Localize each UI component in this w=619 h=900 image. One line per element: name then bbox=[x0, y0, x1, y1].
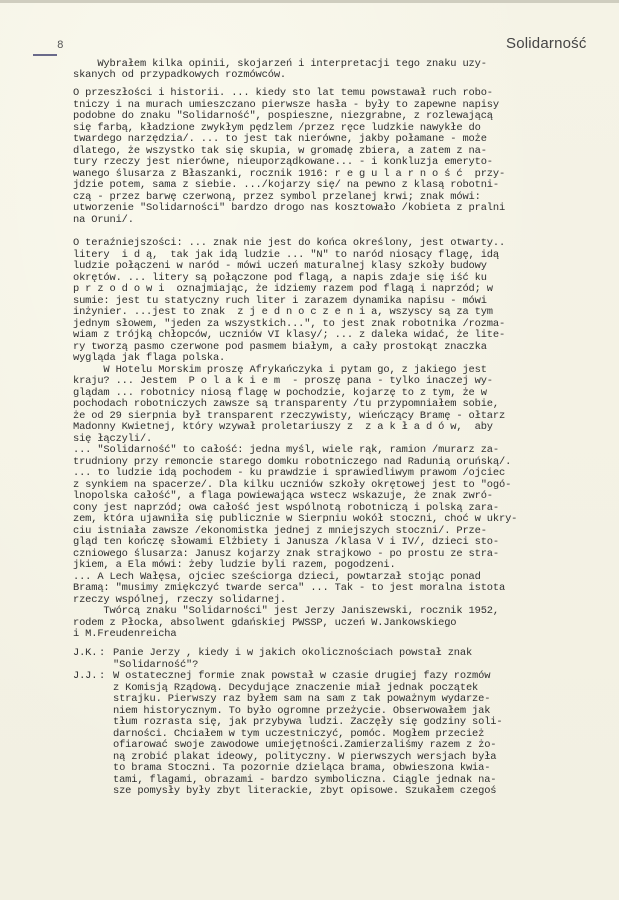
page-top-edge bbox=[0, 0, 619, 3]
section-past-line: utworzenie "Solidarności" bardzo drogo n… bbox=[73, 203, 505, 214]
section-past-line: tury rzeczy jest nierówne, nieuporządkow… bbox=[73, 157, 493, 168]
running-head: Solidarność bbox=[506, 35, 587, 52]
interview-line: sze pomysły były zbyt literackie, zbyt o… bbox=[113, 786, 496, 797]
section-past-line: dlatego, że wszystko tak się skupia, w g… bbox=[73, 146, 487, 157]
intro-line: skanych od przypadkowych rozmówców. bbox=[73, 70, 286, 81]
paragraph-line: i M.Freudenreicha bbox=[73, 629, 176, 640]
interview-line: tłum rozrasta się, jak przybywa ludzi. Z… bbox=[113, 717, 502, 728]
interview-line: "Solidarność"? bbox=[113, 660, 198, 671]
section-past-line: O przeszłości i historii. ... kiedy sto … bbox=[73, 88, 493, 99]
page-number-rule bbox=[33, 54, 57, 56]
paragraph-line: z synkiem na spacerze/. Dla kilku ucznió… bbox=[73, 480, 511, 491]
section-present-line: litery i d ą, tak jak idą ludzie ... "N"… bbox=[73, 250, 499, 261]
section-present-line: wiam z trójką chłopców, uczniów VI klasy… bbox=[73, 330, 505, 341]
paragraph-line: cony jest naprzód; owa całość jest wspól… bbox=[73, 503, 499, 514]
section-present-line: sumie: jest tu statyczny ruch liter i za… bbox=[73, 296, 487, 307]
section-present-line: inżynier. ...jest to znak z j e d n o c … bbox=[73, 307, 493, 318]
interview-line: tami, flagami, obrazami - bardzo symboli… bbox=[113, 775, 496, 786]
section-past-line: twardego narzędzia/. ... to jest tak nie… bbox=[73, 134, 487, 145]
section-present-line: jednym słowem, "jeden za wszystkich...",… bbox=[73, 319, 505, 330]
section-present-line: ludzie połączeni w naród - mówi uczeń ma… bbox=[73, 261, 487, 272]
interview-speaker: J.K. bbox=[73, 648, 97, 659]
paragraph-line: pochodach robotniczych zawsze są transpa… bbox=[73, 399, 499, 410]
paragraph-line: zem, która ujawniła się publicznie w Sie… bbox=[73, 514, 517, 525]
section-past-line: podobne do znaku "Solidarność", pospiesz… bbox=[73, 111, 493, 122]
section-past-line: wanego ślusarza z Błaszanki, rocznik 191… bbox=[73, 169, 505, 180]
interview-line: z Komisją Rządową. Decydujące znaczenie … bbox=[113, 683, 478, 694]
interview-line: Panie Jerzy , kiedy i w jakich okoliczno… bbox=[113, 648, 472, 659]
paragraph-line: kraju? ... Jestem P o l a k i e m - pros… bbox=[73, 376, 493, 387]
interview-line: niem historycznym. To było ogromne przeż… bbox=[113, 706, 490, 717]
section-past-line: tniczy i na murach umieszczano pierwsze … bbox=[73, 100, 499, 111]
paragraph-line: Bramą: "musimy zmiękczyć twarde serca" .… bbox=[73, 583, 505, 594]
interview-line: W ostatecznej formie znak powstał w czas… bbox=[113, 671, 490, 682]
interview-line: ną zrobić plakat ideowy, polityczny. W p… bbox=[113, 752, 496, 763]
section-past-line: się farbą, kładzione zwykłym pędzlem /pr… bbox=[73, 123, 481, 134]
section-present-line: wygląda jak flaga polska. bbox=[73, 353, 225, 364]
section-past-line: czą - przez barwę czerwoną, przez symbol… bbox=[73, 192, 481, 203]
paragraph-line: ... "Solidarność" to całość: jedna myśl,… bbox=[73, 445, 499, 456]
paragraph-line: glądam ... robotnicy niosą flagę w pocho… bbox=[73, 388, 487, 399]
interview-line: ofiarować swoje zawodowe umiejętności.Za… bbox=[113, 740, 496, 751]
paragraph-line: trudniony przy remoncie starego domku ro… bbox=[73, 457, 511, 468]
paragraph-line: W Hotelu Morskim proszę Afrykańczyka i p… bbox=[73, 365, 487, 376]
section-present-line: okrętów. ... litery są połączone pod fla… bbox=[73, 273, 487, 284]
paragraph-line: czniowego ślusarza: Janusz kojarzy znak … bbox=[73, 549, 499, 560]
page-number: 8 bbox=[57, 40, 65, 52]
interview-line: to brama Stoczni. Ta pozornie dzieląca b… bbox=[113, 763, 490, 774]
interview-separator: : bbox=[99, 671, 105, 682]
paragraph-line: jkiem, a Ela mówi: żeby ludzie byli raze… bbox=[73, 560, 396, 571]
paragraph-line: rzeczy wspólnej, rzeczy solidarnej. bbox=[73, 595, 286, 606]
section-past-line: jdzie potem, sama z siebie. .../kojarzy … bbox=[73, 180, 499, 191]
paragraph-line: się łączyli/. bbox=[73, 434, 152, 445]
paragraph-line: ... A Lech Wałęsa, ojciec sześciorga dzi… bbox=[73, 572, 481, 583]
document-page: 8 Solidarność Wybrałem kilka opinii, sko… bbox=[0, 0, 619, 900]
section-present-line: O teraźniejszości: ... znak nie jest do … bbox=[73, 238, 505, 249]
interview-speaker: J.J. bbox=[73, 671, 97, 682]
interview-line: strajku. Pierwszy raz byłem sam na sam z… bbox=[113, 694, 490, 705]
paragraph-line: rodem z Płocka, absolwent gdańskiej PWSS… bbox=[73, 618, 456, 629]
paragraph-line: że od 29 sierpnia był transparent rzeczy… bbox=[73, 411, 505, 422]
interview-line: darności. Chciałem w tym uczestniczyć, p… bbox=[113, 729, 484, 740]
paragraph-line: gląd ten kończę słowami Elżbiety i Janus… bbox=[73, 537, 499, 548]
paragraph-line: ciu istniała zawsze /ekonomistka jednej … bbox=[73, 526, 487, 537]
paragraph-line: Twórcą znaku "Solidarności" jest Jerzy J… bbox=[73, 606, 499, 617]
paragraph-line: lnopolska całość", a flaga powiewająca w… bbox=[73, 491, 493, 502]
section-past-line: na Oruni/. bbox=[73, 215, 134, 226]
section-present-line: ry tworzą pasmo czerwone pod pasmem biał… bbox=[73, 342, 487, 353]
paragraph-line: ... to ludzie idą pochodem - ku prawdzie… bbox=[73, 468, 505, 479]
section-present-line: p r z o d o w i oznajmiając, że idziemy … bbox=[73, 284, 493, 295]
paragraph-line: Madonny Kwietnej, który wzywał proletari… bbox=[73, 422, 493, 433]
interview-separator: : bbox=[99, 648, 105, 659]
